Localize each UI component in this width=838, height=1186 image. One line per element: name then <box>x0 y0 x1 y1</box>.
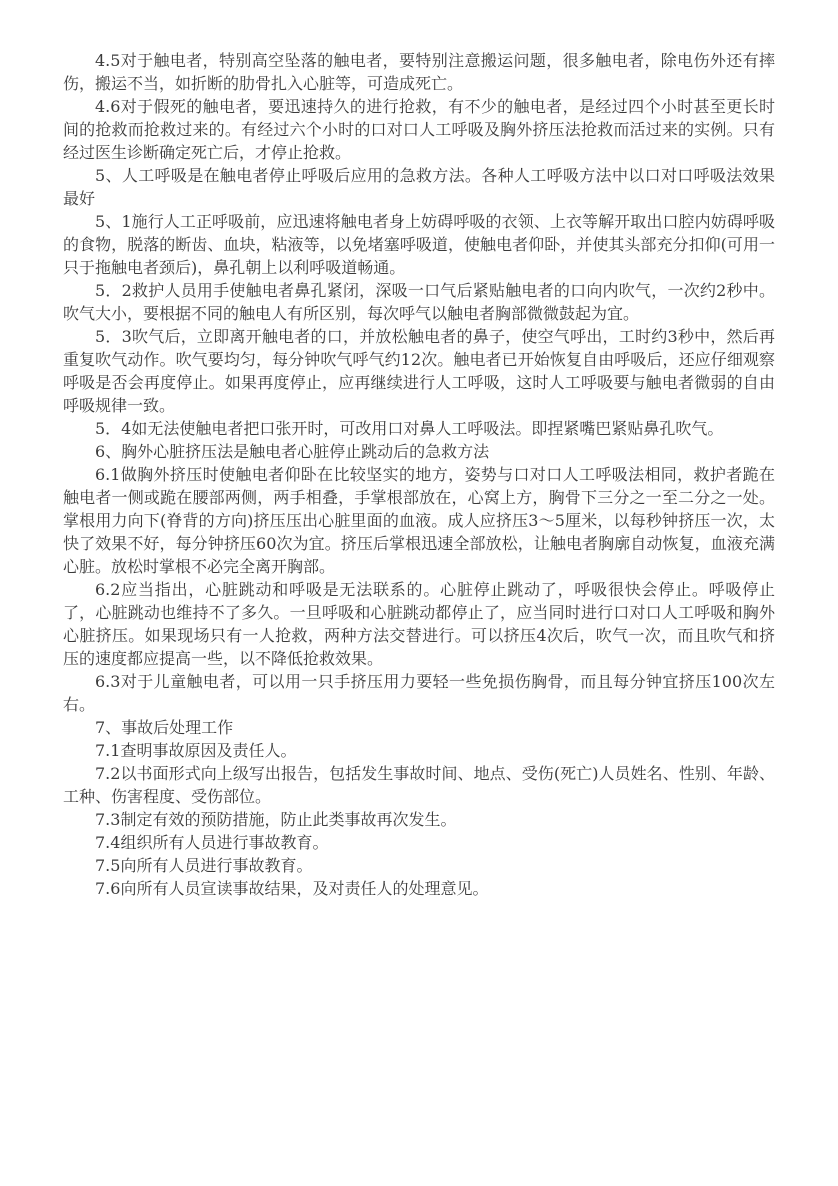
paragraph-7-5: 7.5向所有人员进行事故教育。 <box>63 854 775 877</box>
document-page: 4.5对于触电者，特别高空坠落的触电者，要特别注意搬运问题，很多触电者，除电伤外… <box>0 0 838 1186</box>
paragraph-4-5: 4.5对于触电者，特别高空坠落的触电者，要特别注意搬运问题，很多触电者，除电伤外… <box>63 49 775 95</box>
paragraph-6-2: 6.2应当指出，心脏跳动和呼吸是无法联系的。心脏停止跳动了，呼吸很快会停止。呼吸… <box>63 578 775 670</box>
paragraph-5-4: 5．4如无法使触电者把口张开时，可改用口对鼻人工呼吸法。即捏紧嘴巴紧贴鼻孔吹气。 <box>63 417 775 440</box>
document-text-body: 4.5对于触电者，特别高空坠落的触电者，要特别注意搬运问题，很多触电者，除电伤外… <box>63 49 775 900</box>
paragraph-6-3: 6.3对于儿童触电者，可以用一只手挤压用力要轻一些免损伤胸骨，而且每分钟宜挤压1… <box>63 670 775 716</box>
paragraph-7-2: 7.2以书面形式向上级写出报告，包括发生事故时间、地点、受伤(死亡)人员姓名、性… <box>63 762 775 808</box>
paragraph-5-2: 5．2救护人员用手使触电者鼻孔紧闭，深吸一口气后紧贴触电者的口向内吹气，一次约2… <box>63 279 775 325</box>
paragraph-4-6: 4.6对于假死的触电者，要迅速持久的进行抢救，有不少的触电者，是经过四个小时甚至… <box>63 95 775 164</box>
paragraph-7-3: 7.3制定有效的预防措施，防止此类事故再次发生。 <box>63 808 775 831</box>
paragraph-5-3: 5．3吹气后，立即离开触电者的口，并放松触电者的鼻子，使空气呼出，工时约3秒中，… <box>63 325 775 417</box>
paragraph-5: 5、人工呼吸是在触电者停止呼吸后应用的急救方法。各种人工呼吸方法中以口对口呼吸法… <box>63 164 775 210</box>
paragraph-7-4: 7.4组织所有人员进行事故教育。 <box>63 831 775 854</box>
paragraph-7-6: 7.6向所有人员宣读事故结果，及对责任人的处理意见。 <box>63 877 775 900</box>
paragraph-5-1: 5、1施行人工正呼吸前，应迅速将触电者身上妨碍呼吸的衣领、上衣等解开取出口腔内妨… <box>63 210 775 279</box>
paragraph-6: 6、胸外心脏挤压法是触电者心脏停止跳动后的急救方法 <box>63 440 775 463</box>
paragraph-7: 7、事故后处理工作 <box>63 716 775 739</box>
paragraph-7-1: 7.1查明事故原因及责任人。 <box>63 739 775 762</box>
paragraph-6-1: 6.1做胸外挤压时使触电者仰卧在比较坚实的地方，姿势与口对口人工呼吸法相同，救护… <box>63 463 775 578</box>
